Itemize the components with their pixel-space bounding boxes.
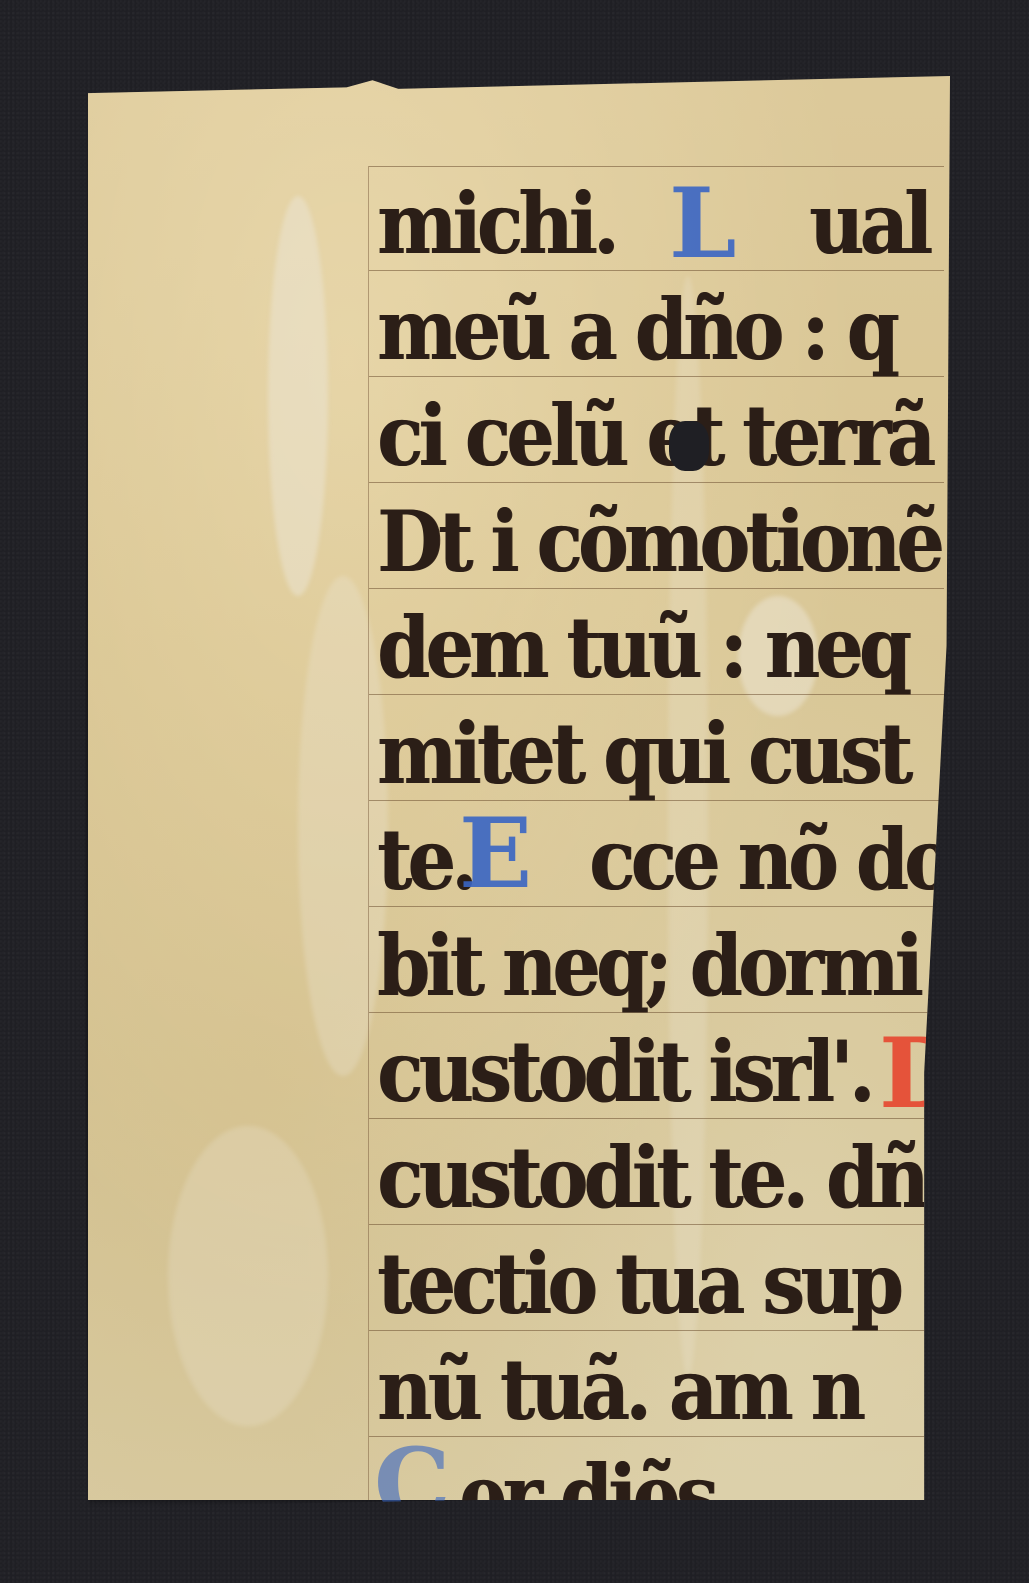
manuscript-line-2: meũ a dño : q: [377, 288, 895, 372]
red-initial-d: D: [879, 1026, 962, 1122]
manuscript-line-12: nũ tuã. am n: [377, 1348, 861, 1432]
manuscript-line-1-cont: ual: [809, 182, 928, 266]
text-block: michi. ual meũ a dño : q ci celũ et terr…: [368, 166, 944, 1500]
manuscript-line-5: dem tuũ : neq: [377, 606, 907, 690]
manuscript-line-13: er diẽs: [459, 1454, 714, 1538]
worn-area: [168, 1126, 328, 1426]
manuscript-line-11: tectio tua sup: [377, 1242, 899, 1326]
manuscript-line-10: custodit te. dñs: [377, 1136, 963, 1220]
blue-initial-l: L: [669, 176, 737, 272]
manuscript-line-6: mitet qui cust: [377, 712, 908, 796]
manuscript-line-8: bit neq; dormi: [377, 924, 919, 1008]
parchment-hole: [669, 421, 709, 471]
blue-initial-c: C: [374, 1436, 450, 1532]
worn-area: [268, 196, 328, 596]
blue-initial-e: E: [459, 806, 532, 902]
manuscript-line-4: Dt i cõmotionẽ: [377, 500, 940, 584]
manuscript-line-1: michi.: [377, 182, 615, 266]
manuscript-line-9: custodit isrl'.: [377, 1030, 871, 1114]
manuscript-line-3: ci celũ et terrã: [377, 394, 931, 478]
parchment-leaf: michi. ual meũ a dño : q ci celũ et terr…: [88, 76, 950, 1500]
manuscript-line-7-cont: cce nõ dor: [589, 818, 985, 902]
